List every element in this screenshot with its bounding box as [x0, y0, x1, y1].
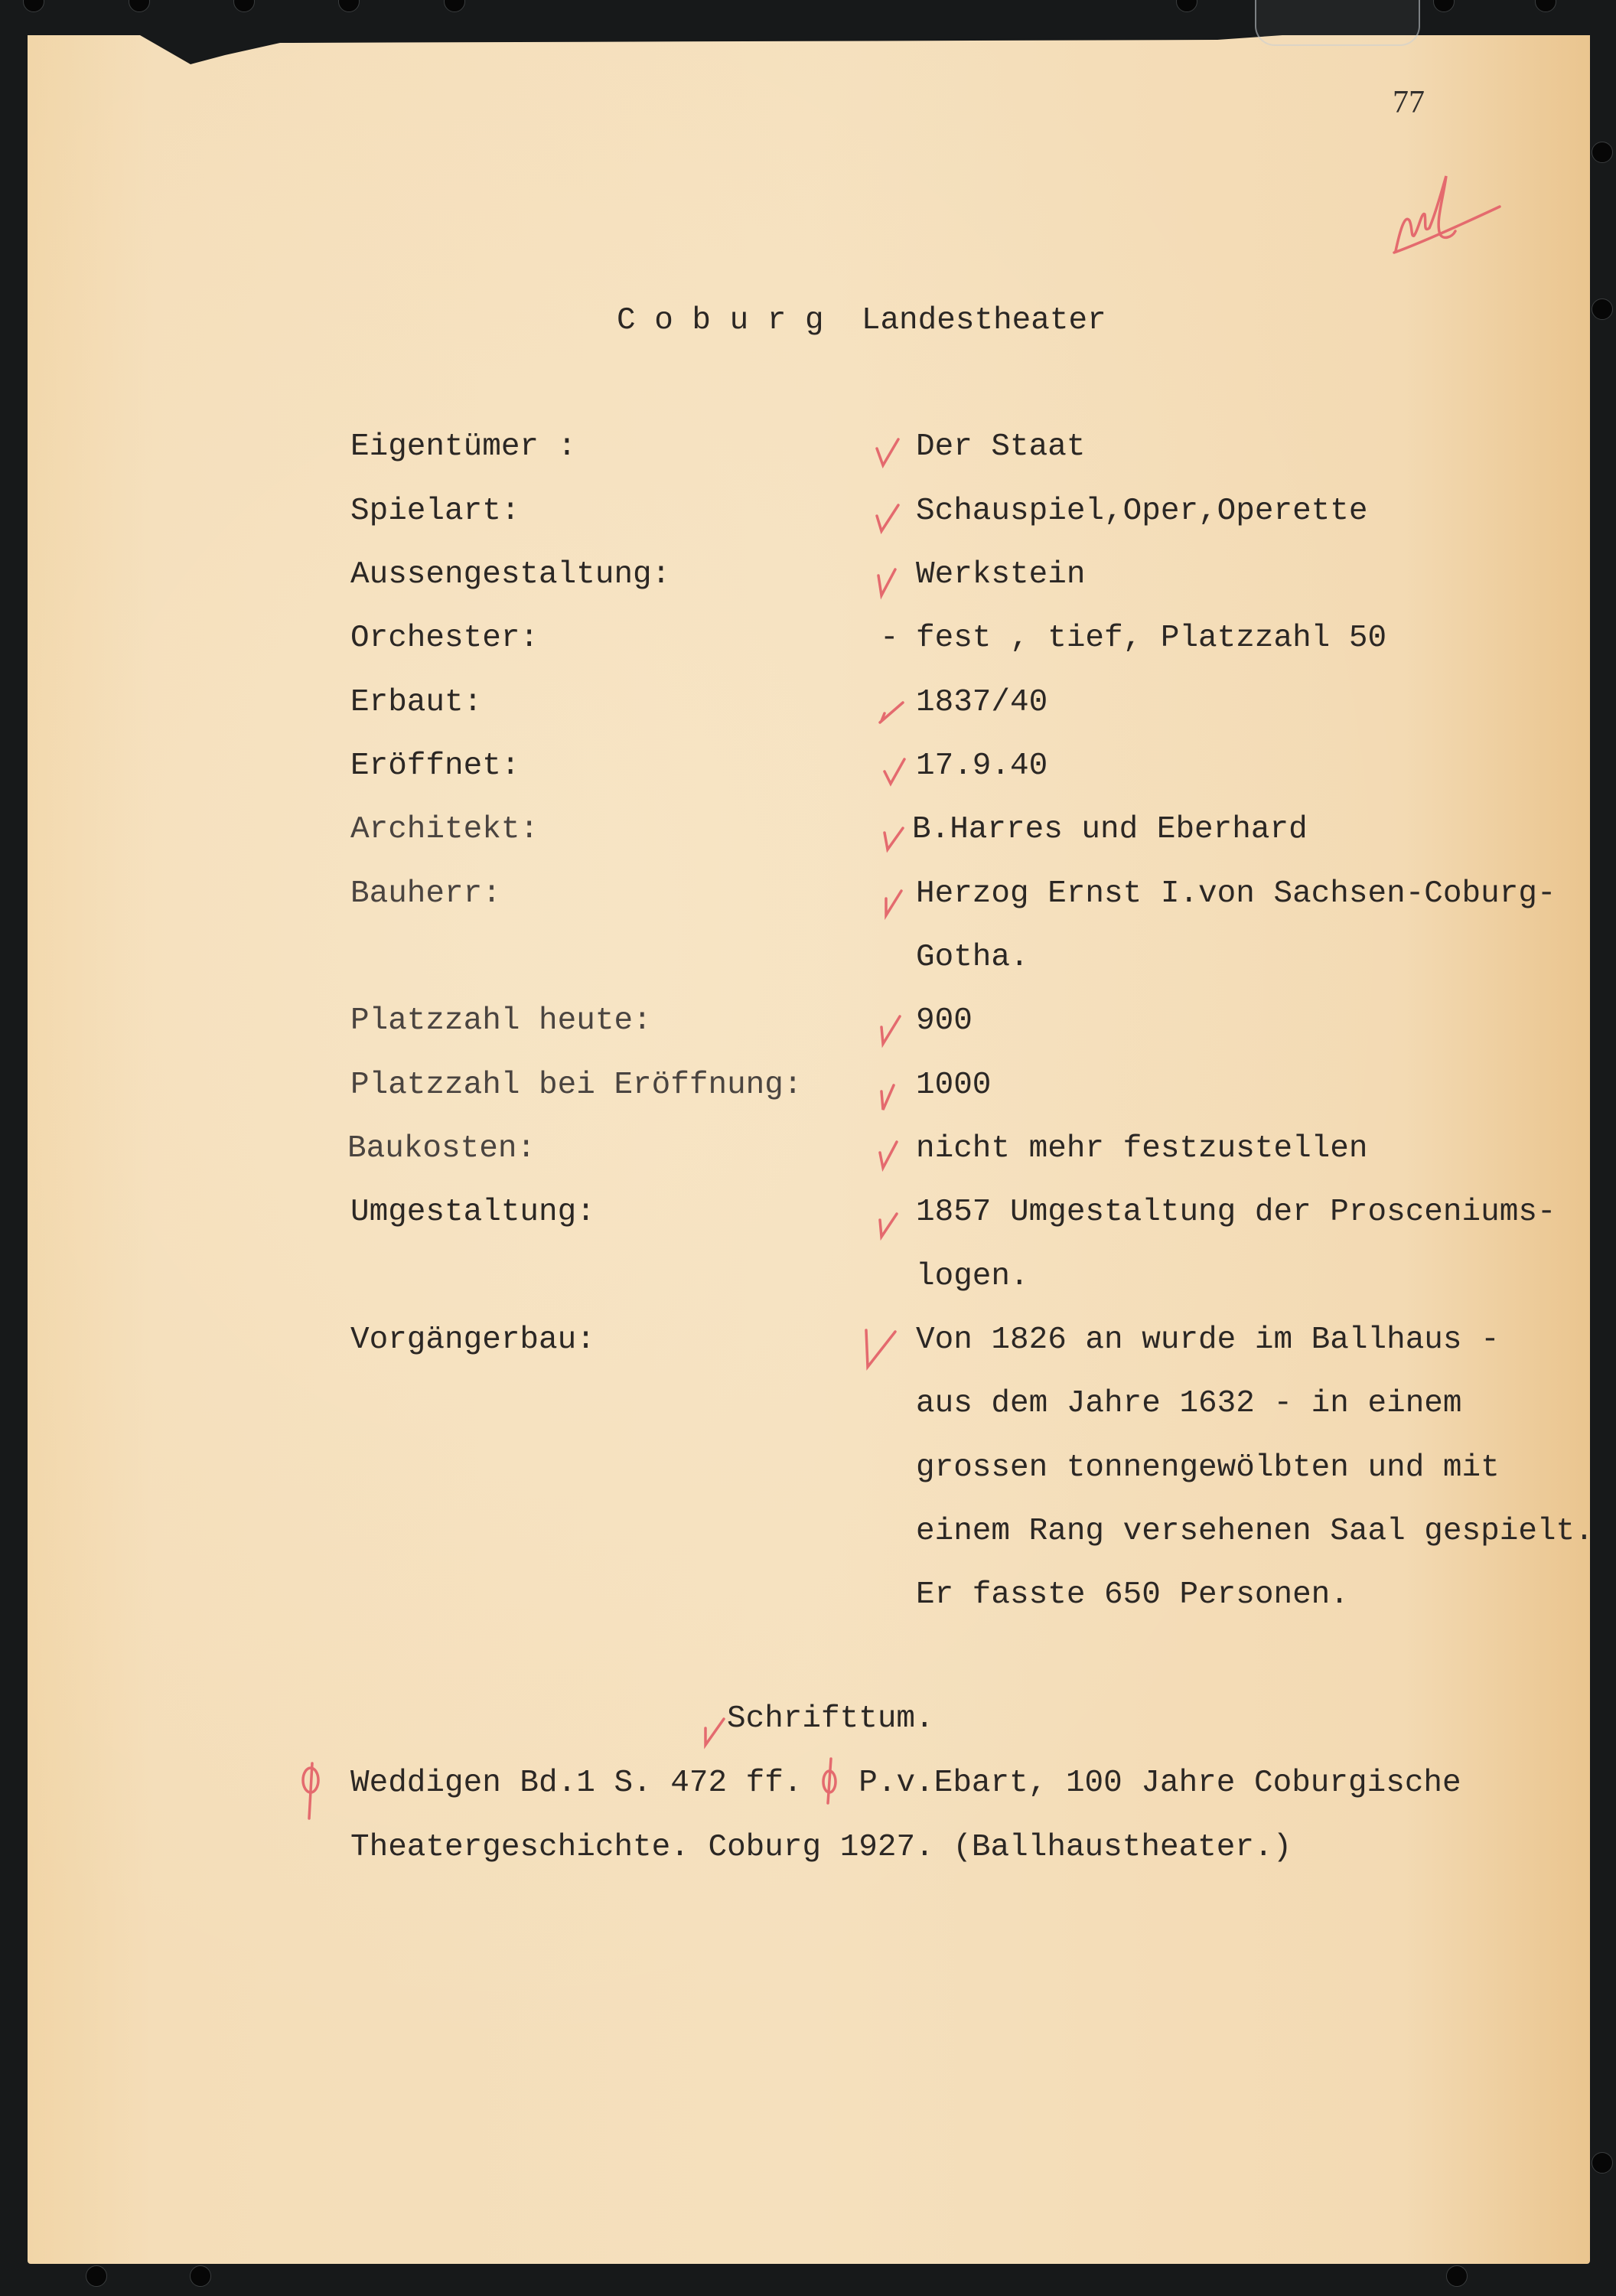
binder-hole — [190, 2265, 211, 2287]
strike-mark-icon — [295, 1760, 326, 1821]
field-label-baukosten: Baukosten: — [347, 1133, 536, 1165]
field-value-eroeffnet: 17.9.40 — [916, 751, 1047, 782]
field-value-umgestaltung-line1: 1857 Umgestaltung der Prosceniums- — [916, 1197, 1556, 1228]
check-mark-icon — [862, 1329, 901, 1371]
field-value-aussengestaltung: Werkstein — [916, 559, 1085, 591]
binder-hole — [1592, 298, 1613, 320]
field-value-vorgaengerbau-line1: Von 1826 an wurde im Ballhaus - — [916, 1325, 1500, 1356]
document-title: C o b u r g Landestheater — [617, 305, 1106, 337]
binder-hole — [1433, 0, 1455, 12]
field-label-bauherr: Bauherr: — [350, 879, 501, 910]
binder-hole — [23, 0, 44, 12]
check-mark-icon — [875, 1205, 906, 1238]
field-value-vorgaengerbau-line5: Er fasste 650 Personen. — [916, 1580, 1349, 1611]
field-value-spielart: Schauspiel,Oper,Operette — [916, 496, 1368, 527]
binder-hole — [1176, 0, 1197, 12]
literature-line-2: Theatergeschichte. Coburg 1927. (Ballhau… — [350, 1832, 1292, 1864]
field-value-baukosten: nicht mehr festzustellen — [916, 1133, 1368, 1165]
binder-hole — [1592, 2152, 1613, 2174]
field-value-bauherr-line1: Herzog Ernst I.von Sachsen-Coburg- — [916, 879, 1556, 910]
field-label-aussengestaltung: Aussengestaltung: — [350, 559, 670, 591]
literature-line-1: Weddigen Bd.1 S. 472 ff. P.v.Ebart, 100 … — [350, 1768, 1461, 1799]
field-label-architekt: Architekt: — [350, 814, 539, 846]
field-value-vorgaengerbau-line4: einem Rang versehenen Saal gespielt. — [916, 1516, 1594, 1548]
transparent-clip — [1255, 0, 1420, 46]
binder-hole — [338, 0, 360, 12]
field-label-platzzahl-eroeffnung: Platzzahl bei Eröffnung: — [350, 1070, 803, 1101]
check-mark-icon — [880, 817, 911, 851]
field-label-eroeffnet: Eröffnet: — [350, 751, 520, 782]
field-label-umgestaltung: Umgestaltung: — [350, 1197, 595, 1228]
check-mark-icon — [872, 565, 903, 598]
binder-hole — [1446, 2265, 1468, 2287]
field-value-orchester: fest , tief, Platzzahl 50 — [916, 623, 1386, 654]
field-value-erbaut: 1837/40 — [916, 687, 1047, 719]
binder-hole — [86, 2265, 107, 2287]
check-mark-icon — [881, 753, 912, 787]
field-value-eigentuemer: Der Staat — [916, 432, 1085, 463]
check-mark-icon — [877, 1012, 907, 1045]
literature-heading: Schrifttum. — [727, 1704, 934, 1735]
check-mark-icon — [875, 1137, 906, 1171]
field-value-bauherr-line2: Gotha. — [916, 942, 1029, 974]
field-value-vorgaengerbau-line2: aus dem Jahre 1632 - in einem — [916, 1388, 1462, 1420]
field-value-platzzahl-eroeffnung: 1000 — [916, 1070, 991, 1101]
binder-hole — [129, 0, 150, 12]
check-mark-icon — [880, 882, 911, 915]
field-label-spielart: Spielart: — [350, 496, 520, 527]
field-label-erbaut: Erbaut: — [350, 687, 482, 719]
binder-hole — [1592, 142, 1613, 163]
field-label-eigentuemer: Eigentümer : — [350, 432, 576, 463]
page-number: 77 — [1393, 84, 1425, 121]
check-mark-icon — [877, 693, 907, 727]
check-mark-icon — [877, 1078, 907, 1111]
check-mark-icon — [872, 501, 903, 534]
field-label-vorgaengerbau: Vorgängerbau: — [350, 1325, 595, 1356]
binder-hole — [444, 0, 465, 12]
field-value-architekt: B.Harres und Eberhard — [912, 814, 1308, 846]
binder-hole — [233, 0, 255, 12]
field-value-vorgaengerbau-line3: grossen tonnengewölbten und mit — [916, 1453, 1500, 1484]
field-value-umgestaltung-line2: logen. — [916, 1261, 1029, 1293]
field-value-platzzahl-heute: 900 — [916, 1006, 973, 1037]
dash-mark: - — [880, 623, 899, 654]
field-label-platzzahl-heute: Platzzahl heute: — [350, 1006, 652, 1037]
binder-hole — [1535, 0, 1556, 12]
field-label-orchester: Orchester: — [350, 623, 539, 654]
initials-annotation — [1370, 138, 1492, 260]
check-mark-icon — [872, 435, 903, 468]
